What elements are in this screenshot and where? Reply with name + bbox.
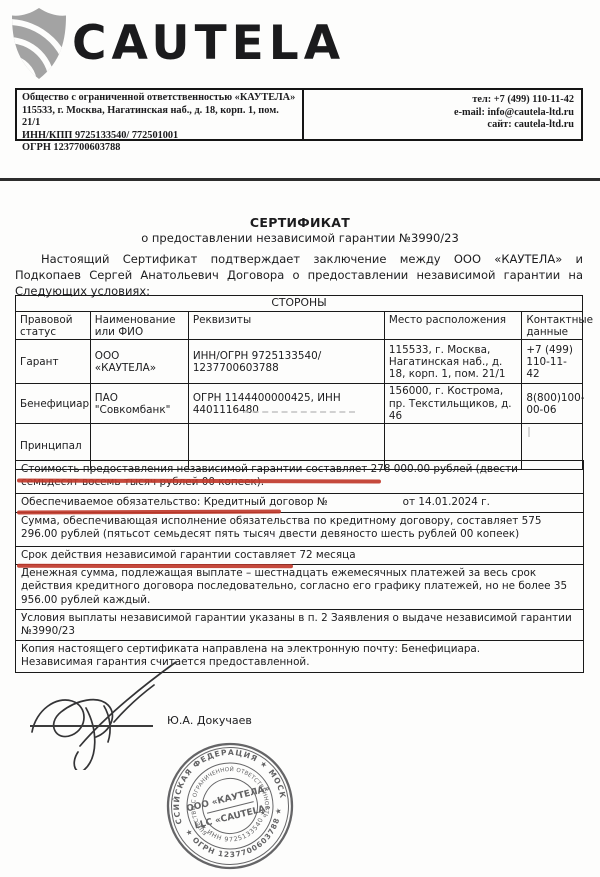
certificate-document: CAUTELA Общество с ограниченной ответств… bbox=[0, 0, 600, 877]
company-ogrn: ОГРН 1237700603788 bbox=[22, 142, 297, 155]
parties-caption: СТОРОНЫ bbox=[16, 296, 583, 312]
table-row-beneficiar: Бенефициар ПАО "Совкомбанк" ОГРН 1144400… bbox=[16, 384, 583, 424]
logo: CAUTELA bbox=[10, 6, 345, 82]
intro-paragraph: Настоящий Сертификат подтверждает заключ… bbox=[15, 251, 583, 299]
signatory-name: Ю.А. Докучаев bbox=[167, 714, 252, 727]
document-subtitle: о предоставлении независимой гарантии №3… bbox=[0, 231, 600, 245]
cell-beneficiar-name: ПАО "Совкомбанк" bbox=[90, 384, 188, 424]
condition-terms-ref: Условия выплаты независимой гарантии ука… bbox=[16, 609, 584, 640]
obligation-label: Обеспечиваемое обязательство: Кредитный … bbox=[21, 496, 328, 508]
cell-beneficiar-requisites: ОГРН 1144400000425, ИНН 4401116480 bbox=[188, 384, 384, 424]
company-address: 115533, г. Москва, Нагатинская наб., д. … bbox=[22, 105, 297, 130]
col-header-legal-status: Правовой статус bbox=[16, 312, 91, 340]
company-round-stamp: РОССИЙСКАЯ ФЕДЕРАЦИЯ ★ МОСКВА ★ ОГРН 123… bbox=[156, 739, 304, 873]
condition-term: Срок действия независимой гарантии соста… bbox=[16, 547, 584, 565]
obligation-date: от 14.01.2024 г. bbox=[403, 496, 490, 509]
redacted-text-remnant bbox=[243, 411, 355, 413]
logo-wordmark: CAUTELA bbox=[72, 20, 345, 67]
parties-header-row: Правовой статус Наименование или ФИО Рек… bbox=[16, 312, 583, 340]
company-contacts: тел: +7 (499) 110-11-42 e-mail: info@cau… bbox=[304, 90, 581, 139]
table-row-garant: Гарант ООО «КАУТЕЛА» ИНН/ОГРН 9725133540… bbox=[16, 340, 583, 384]
cell-beneficiar-status: Бенефициар bbox=[16, 384, 91, 424]
cell-garant-status: Гарант bbox=[16, 340, 91, 384]
cell-beneficiar-location: 156000, г. Кострома, пр. Текстильщиков, … bbox=[384, 384, 521, 424]
horizontal-divider bbox=[0, 178, 600, 181]
cell-garant-requisites: ИНН/ОГРН 9725133540/ 1237700603788 bbox=[188, 340, 384, 384]
cell-garant-name: ООО «КАУТЕЛА» bbox=[90, 340, 188, 384]
signature-line bbox=[30, 725, 153, 727]
phone: тел: +7 (499) 110-11-42 bbox=[308, 94, 574, 107]
parties-table: СТОРОНЫ Правовой статус Наименование или… bbox=[15, 295, 583, 470]
shield-icon bbox=[10, 6, 68, 82]
company-name: Общество с ограниченной ответственностью… bbox=[22, 92, 297, 105]
condition-secured-sum: Сумма, обеспечивающая исполнение обязате… bbox=[16, 513, 584, 547]
condition-cost: Стоимость предоставления независимой гар… bbox=[16, 461, 584, 494]
document-title: СЕРТИФИКАТ bbox=[0, 215, 600, 230]
col-header-contacts: Контактные данные bbox=[522, 312, 583, 340]
col-header-requisites: Реквизиты bbox=[188, 312, 384, 340]
col-header-location: Место расположения bbox=[384, 312, 521, 340]
redacted-tick-mark bbox=[528, 427, 530, 437]
red-underline-term bbox=[17, 564, 293, 568]
email: e-mail: info@cautela-ltd.ru bbox=[308, 107, 574, 120]
cell-garant-contacts: +7 (499) 110-11-42 bbox=[522, 340, 583, 384]
cell-garant-location: 115533, г. Москва, Нагатинская наб., д. … bbox=[384, 340, 521, 384]
company-inn-kpp: ИНН/КПП 9725133540/ 772501001 bbox=[22, 130, 297, 143]
condition-payout: Денежная сумма, подлежащая выплате – шес… bbox=[16, 565, 584, 610]
company-info-box: Общество с ограниченной ответственностью… bbox=[15, 88, 583, 141]
cell-beneficiar-contacts: 8(800)100-00-06 bbox=[522, 384, 583, 424]
website: сайт: cautela-ltd.ru bbox=[308, 119, 574, 132]
col-header-name: Наименование или ФИО bbox=[90, 312, 188, 340]
company-details: Общество с ограниченной ответственностью… bbox=[17, 90, 304, 139]
